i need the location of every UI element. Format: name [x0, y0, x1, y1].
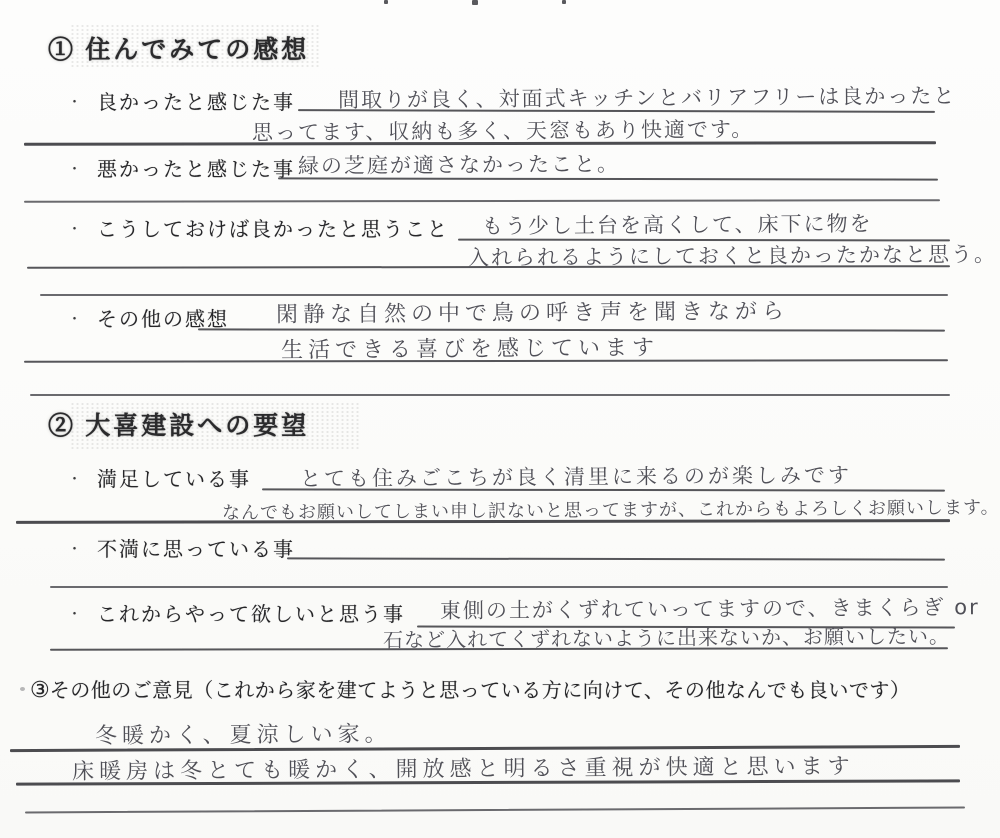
ruled-line-blank — [25, 807, 965, 814]
field-future-label: ・これからやって欲しいと思う事 — [68, 598, 405, 627]
section2-number: ② — [48, 413, 76, 440]
handwritten-other-line1: 閑静な自然の中で鳥の呼き声を聞きながら — [276, 294, 789, 329]
section1-heading: ① 住んでみての感想 — [48, 30, 309, 66]
section3-number: ③ — [30, 677, 50, 702]
answer-underline-blank — [287, 557, 945, 560]
section3-heading: ③その他のご意見（これから家を建てようと思っている方に向けて、その他なんでも良い… — [30, 674, 910, 703]
bullet-icon: ・ — [68, 541, 83, 556]
bullet-icon: ・ — [68, 311, 83, 326]
bullet-icon: ・ — [68, 471, 83, 486]
field-satisfied-label: ・満足している事 — [68, 463, 251, 492]
ruled-line-blank — [30, 394, 950, 396]
bullet-icon: ・ — [68, 161, 83, 176]
bullet-icon: ・ — [68, 221, 83, 236]
handwritten-opinion-line1: 冬暖かく、夏涼しい家。 — [95, 717, 392, 750]
bullet-icon: ・ — [68, 606, 83, 621]
field-good-label: ・良かったと感じた事 — [68, 86, 295, 115]
bullet-icon: ・ — [68, 94, 83, 109]
handwritten-wish-line1: もう少し土台を高くして、床下に物を — [482, 208, 873, 241]
section2-heading: ② 大喜建設への要望 — [48, 406, 309, 442]
handwritten-bad-line1: 緑の芝庭が適さなかったこと。 — [298, 148, 620, 180]
field-dissatisfied-label: ・不満に思っている事 — [68, 533, 295, 562]
scan-remnant-mark — [384, 0, 388, 4]
section1-number: ① — [48, 37, 76, 64]
scanned-questionnaire-page: ① 住んでみての感想 ・良かったと感じた事 間取りが良く、対面式キッチンとバリア… — [0, 0, 1000, 838]
section3-title: その他のご意見 — [50, 680, 194, 702]
ruled-line-blank — [24, 199, 940, 203]
scan-remnant-mark — [472, 0, 478, 5]
answer-underline — [278, 177, 938, 180]
section2-title: 大喜建設への要望 — [85, 413, 309, 440]
ruled-line-blank — [50, 586, 948, 588]
section3-subtitle: （これから家を建てようと思っている方に向けて、その他なんでも良いです） — [193, 680, 910, 702]
field-wish-label: ・こうしておけば良かったと思うこと — [68, 213, 449, 242]
answer-underline — [16, 519, 950, 524]
field-bad-label: ・悪かったと感じた事 — [68, 153, 295, 182]
section1-title: 住んでみての感想 — [85, 37, 309, 64]
scan-remnant-mark — [562, 0, 566, 4]
scan-remnant-dot — [20, 687, 25, 691]
